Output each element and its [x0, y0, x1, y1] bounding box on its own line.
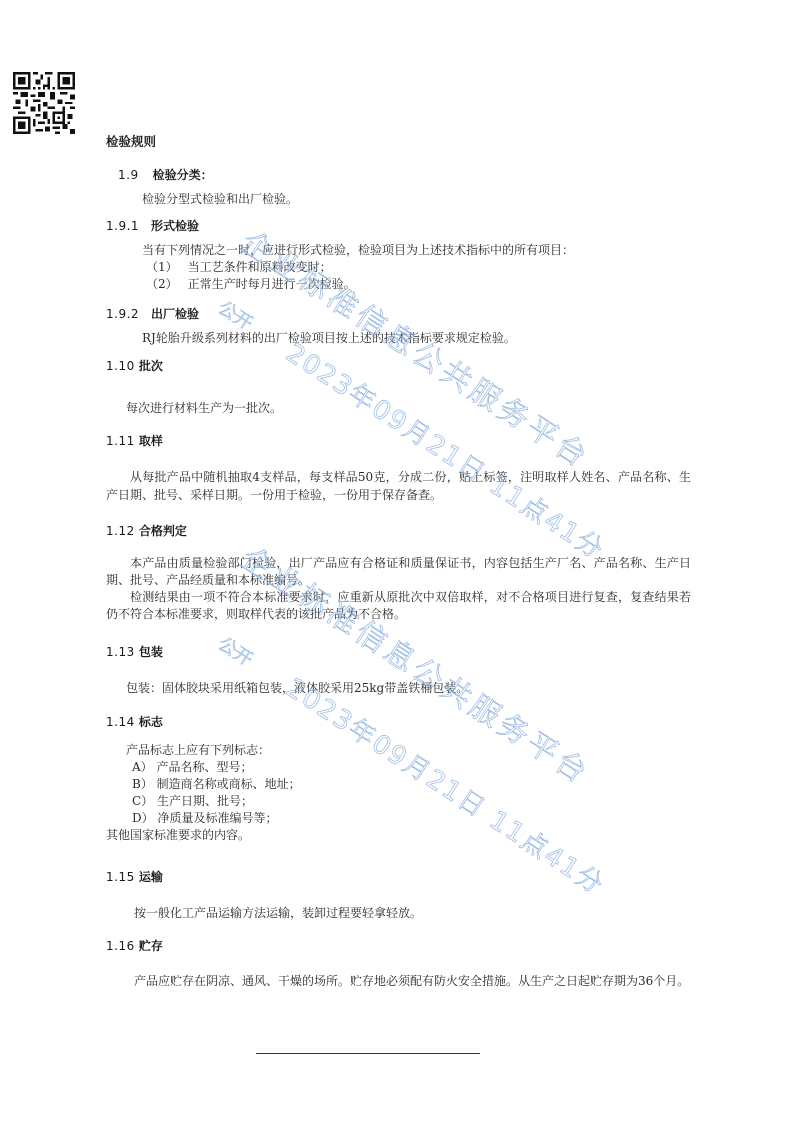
list-item: B） 制造商名称或商标、地址； — [132, 776, 301, 793]
list-marker: D） — [132, 811, 154, 825]
list-item: D） 净质量及标准编号等； — [132, 810, 277, 827]
paragraph-1-12-a: 本产品由质量检验部门检验，出厂产品应有合格证和质量保证书，内容包括生产厂名、产品… — [106, 555, 691, 589]
list-text: 生产日期、批号； — [157, 794, 253, 808]
list-marker: （1） — [146, 260, 178, 274]
heading-title: 形式检验 — [151, 219, 199, 233]
heading-1-13: 1.13 包装 — [106, 643, 163, 660]
section-title: 检验规则 — [106, 132, 156, 150]
paragraph-1-16: 产品应贮存在阴凉、通风、干燥的场所。贮存地必须配有防火安全措施。从生产之日起贮存… — [106, 972, 691, 990]
heading-title: 贮存 — [139, 939, 163, 953]
list-marker: （2） — [146, 277, 178, 291]
heading-number: 1.10 — [106, 359, 135, 373]
paragraph-1-15: 按一般化工产品运输方法运输，装卸过程要轻拿轻放。 — [134, 905, 422, 922]
footer-divider — [256, 1053, 480, 1054]
qr-code-icon — [13, 72, 75, 134]
list-text: 正常生产时每月进行一次检验。 — [188, 277, 356, 291]
heading-number: 1.12 — [106, 524, 135, 538]
heading-1-16: 1.16 贮存 — [106, 937, 163, 954]
list-marker: A） — [132, 760, 153, 774]
watermark-timestamp: 2023年09月21日 11点41分 — [280, 668, 613, 902]
heading-1-9-2: 1.9.2出厂检验 — [106, 305, 199, 322]
heading-1-10: 1.10 批次 — [106, 357, 163, 374]
list-text: 当工艺条件和原料改变时； — [188, 260, 332, 274]
list-marker: C） — [132, 794, 153, 808]
list-item: （2）正常生产时每月进行一次检验。 — [146, 276, 356, 293]
heading-1-12: 1.12 合格判定 — [106, 522, 187, 539]
list-text: 制造商名称或商标、地址； — [157, 777, 301, 791]
paragraph-1-14-intro: 产品标志上应有下列标志： — [126, 742, 270, 759]
heading-title: 取样 — [139, 434, 163, 448]
list-text: 净质量及标准编号等； — [157, 811, 277, 825]
heading-title: 出厂检验 — [151, 307, 199, 321]
heading-number: 1.16 — [106, 939, 135, 953]
heading-number: 1.15 — [106, 870, 135, 884]
heading-number: 1.9.1 — [106, 219, 139, 233]
paragraph-1-12-b: 检测结果由一项不符合本标准要求时，应重新从原批次中双倍取样，对不合格项目进行复查… — [106, 589, 691, 623]
heading-title: 标志 — [139, 715, 163, 729]
heading-number: 1.13 — [106, 645, 135, 659]
list-item: A） 产品名称、型号； — [132, 759, 253, 776]
paragraph-1-11: 从每批产品中随机抽取4支样品，每支样品50克，分成二份，贴上标签，注明取样人姓名… — [106, 469, 691, 504]
heading-number: 1.9 — [118, 168, 139, 182]
heading-1-15: 1.15 运输 — [106, 868, 163, 885]
paragraph-1-9-1-intro: 当有下列情况之一时，应进行形式检验，检验项目为上述技术指标中的所有项目： — [142, 242, 574, 259]
heading-title: 运输 — [139, 870, 163, 884]
heading-title: 包装 — [139, 645, 163, 659]
list-item: （1）当工艺条件和原料改变时； — [146, 259, 332, 276]
heading-1-14: 1.14 标志 — [106, 713, 163, 730]
paragraph-1-9: 检验分型式检验和出厂检验。 — [142, 191, 298, 208]
watermark-timestamp: 2023年09月21日 11点41分 — [280, 333, 613, 567]
heading-1-11: 1.11 取样 — [106, 432, 163, 449]
heading-1-9: 1.9检验分类： — [118, 166, 213, 183]
heading-title: 合格判定 — [139, 524, 187, 538]
list-text: 产品名称、型号； — [157, 760, 253, 774]
paragraph-1-10: 每次进行材料生产为一批次。 — [126, 400, 282, 417]
heading-title: 批次 — [139, 359, 163, 373]
paragraph-1-14-closing: 其他国家标准要求的内容。 — [106, 827, 250, 844]
watermark-status: 公开 — [214, 630, 258, 671]
heading-number: 1.14 — [106, 715, 135, 729]
heading-title: 检验分类： — [153, 168, 213, 182]
paragraph-1-13: 包装：固体胶块采用纸箱包装，液体胶采用25kg带盖铁桶包装。 — [126, 680, 468, 697]
heading-number: 1.9.2 — [106, 307, 139, 321]
list-marker: B） — [132, 777, 153, 791]
paragraph-1-9-2: RJ轮胎升级系列材料的出厂检验项目按上述的技术指标要求规定检验。 — [142, 330, 516, 347]
heading-number: 1.11 — [106, 434, 135, 448]
list-item: C） 生产日期、批号； — [132, 793, 253, 810]
heading-1-9-1: 1.9.1形式检验 — [106, 217, 199, 234]
